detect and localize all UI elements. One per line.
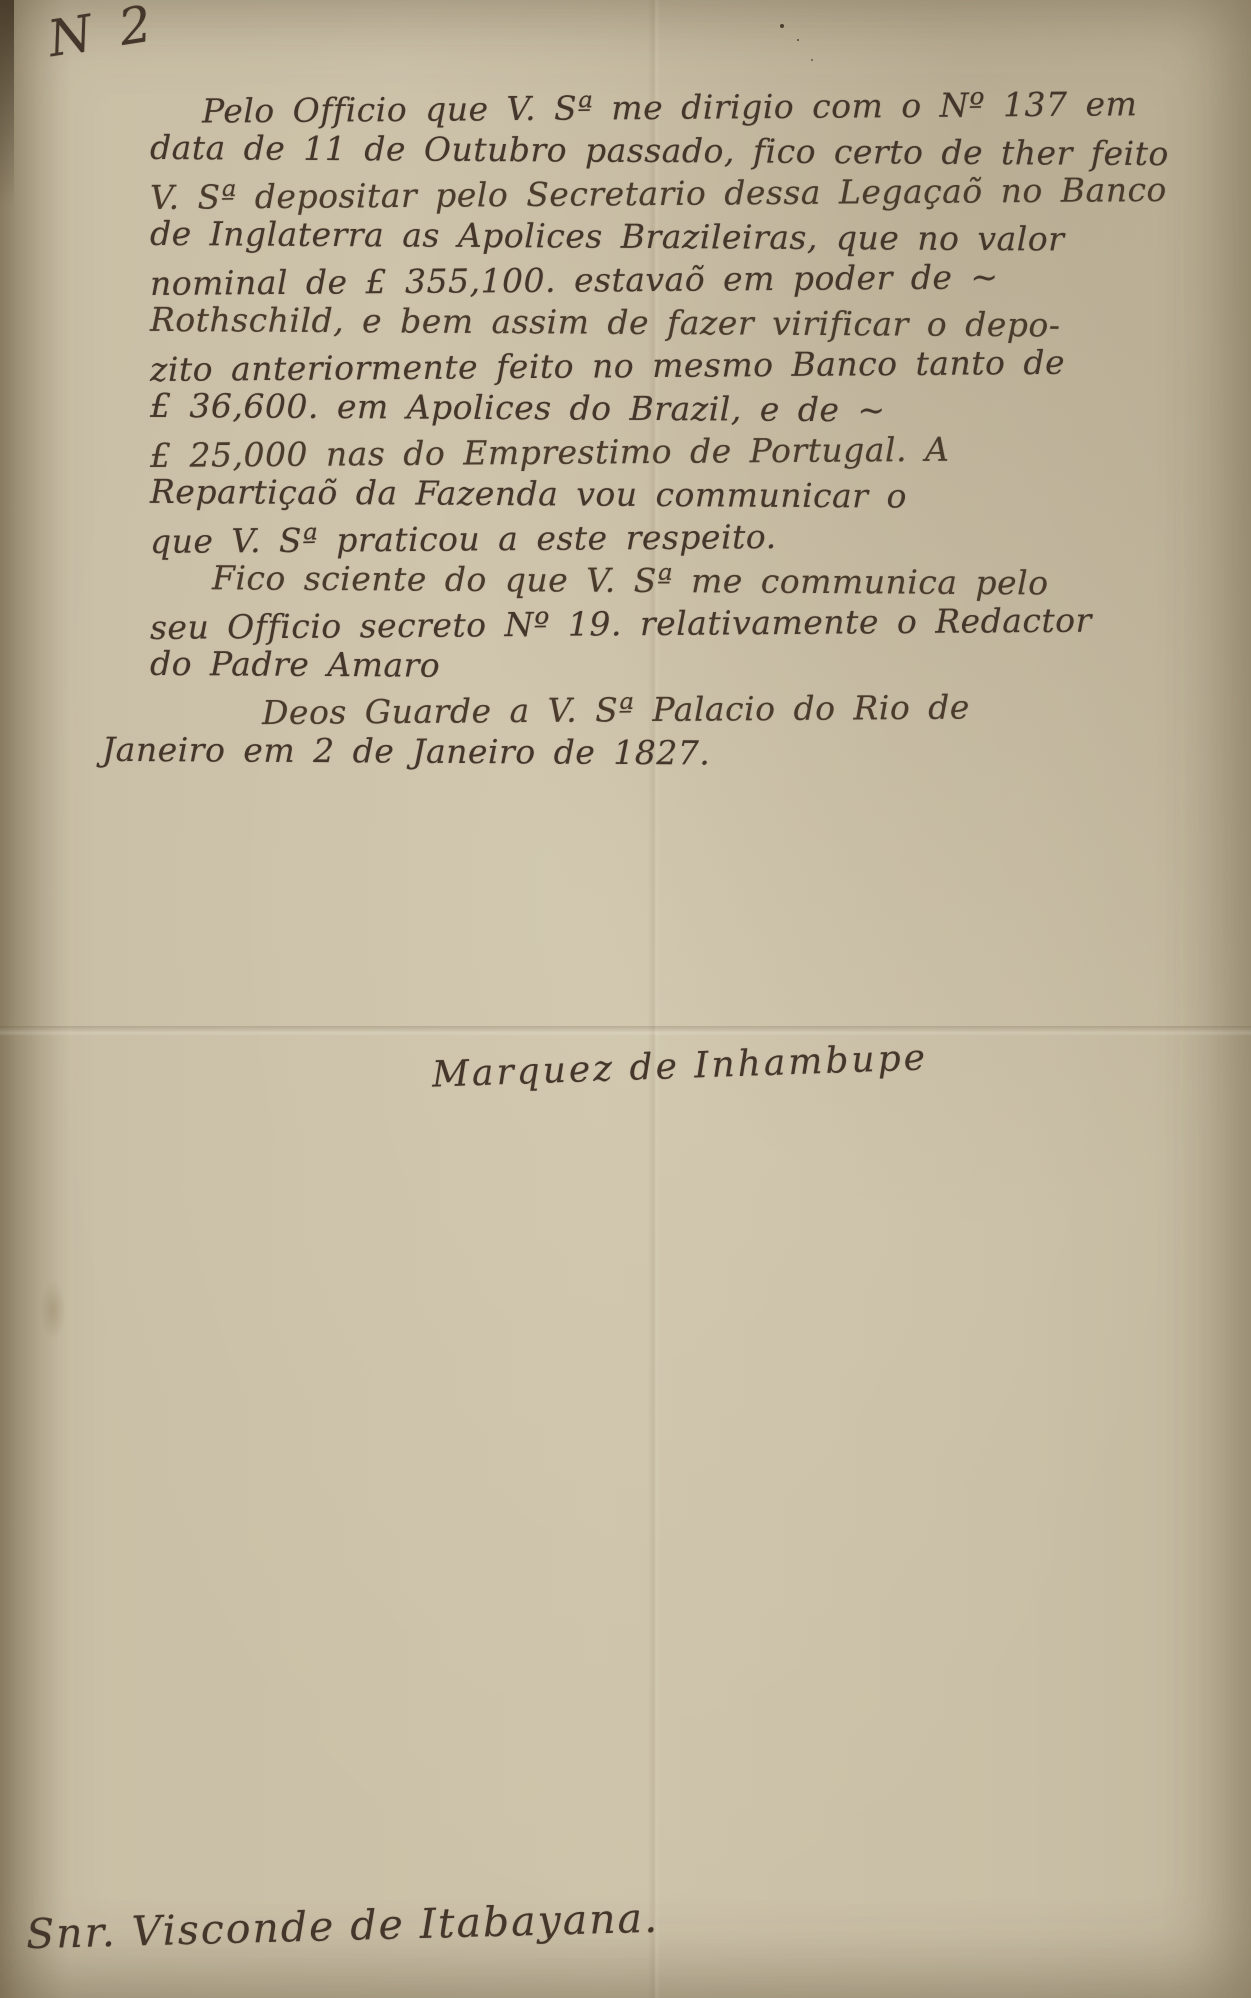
signature: Marquez de Inhambupe	[431, 1037, 928, 1095]
letter-line: que V. Sª praticou a este respeito.	[150, 512, 1160, 563]
letter-line: Janeiro em 2 de Janeiro de 1827.	[102, 728, 1160, 777]
letter-line: Repartiçaõ da Fazenda vou communicar o	[150, 470, 1160, 519]
letter-line: £ 25,000 nas do Emprestimo de Portugal. …	[150, 426, 1160, 477]
manuscript-photo: N 2 Pelo Officio que V. Sª me dirigio co…	[0, 0, 1251, 1998]
letter-line: zito anteriormente feito no mesmo Banco …	[150, 340, 1160, 391]
paper-stain	[40, 1280, 66, 1340]
letter-line: seu Officio secreto Nº 19. relativamente…	[150, 598, 1160, 649]
letter-line: £ 36,600. em Apolices do Brazil, e de ~	[150, 384, 1160, 433]
letter-line: do Padre Amaro	[150, 642, 1160, 691]
letter-line: de Inglaterra as Apolices Brazileiras, q…	[150, 212, 1160, 261]
addressee: Snr. Visconde de Itabayana.	[25, 1894, 659, 1959]
letter-line: V. Sª depositar pelo Secretario dessa Le…	[150, 168, 1160, 219]
manuscript-page: N 2 Pelo Officio que V. Sª me dirigio co…	[0, 0, 1251, 1998]
ink-specks	[780, 24, 784, 28]
letter-line: data de 11 de Outubro passado, fico cert…	[150, 126, 1160, 175]
letter-line: Deos Guarde a V. Sª Palacio do Rio de	[150, 684, 1160, 735]
letter-line: Pelo Officio que V. Sª me dirigio com o …	[150, 82, 1160, 133]
letter-body: Pelo Officio que V. Sª me dirigio com o …	[150, 86, 1160, 774]
horizontal-fold-crease	[0, 1026, 1251, 1036]
letter-line: Fico sciente do que V. Sª me communica p…	[150, 556, 1160, 605]
letter-line: nominal de £ 355,100. estavaõ em poder d…	[150, 254, 1160, 305]
page-gutter-shading	[0, 0, 70, 1998]
page-number-annotation: N 2	[44, 0, 161, 68]
letter-line: Rothschild, e bem assim de fazer virific…	[150, 298, 1160, 347]
